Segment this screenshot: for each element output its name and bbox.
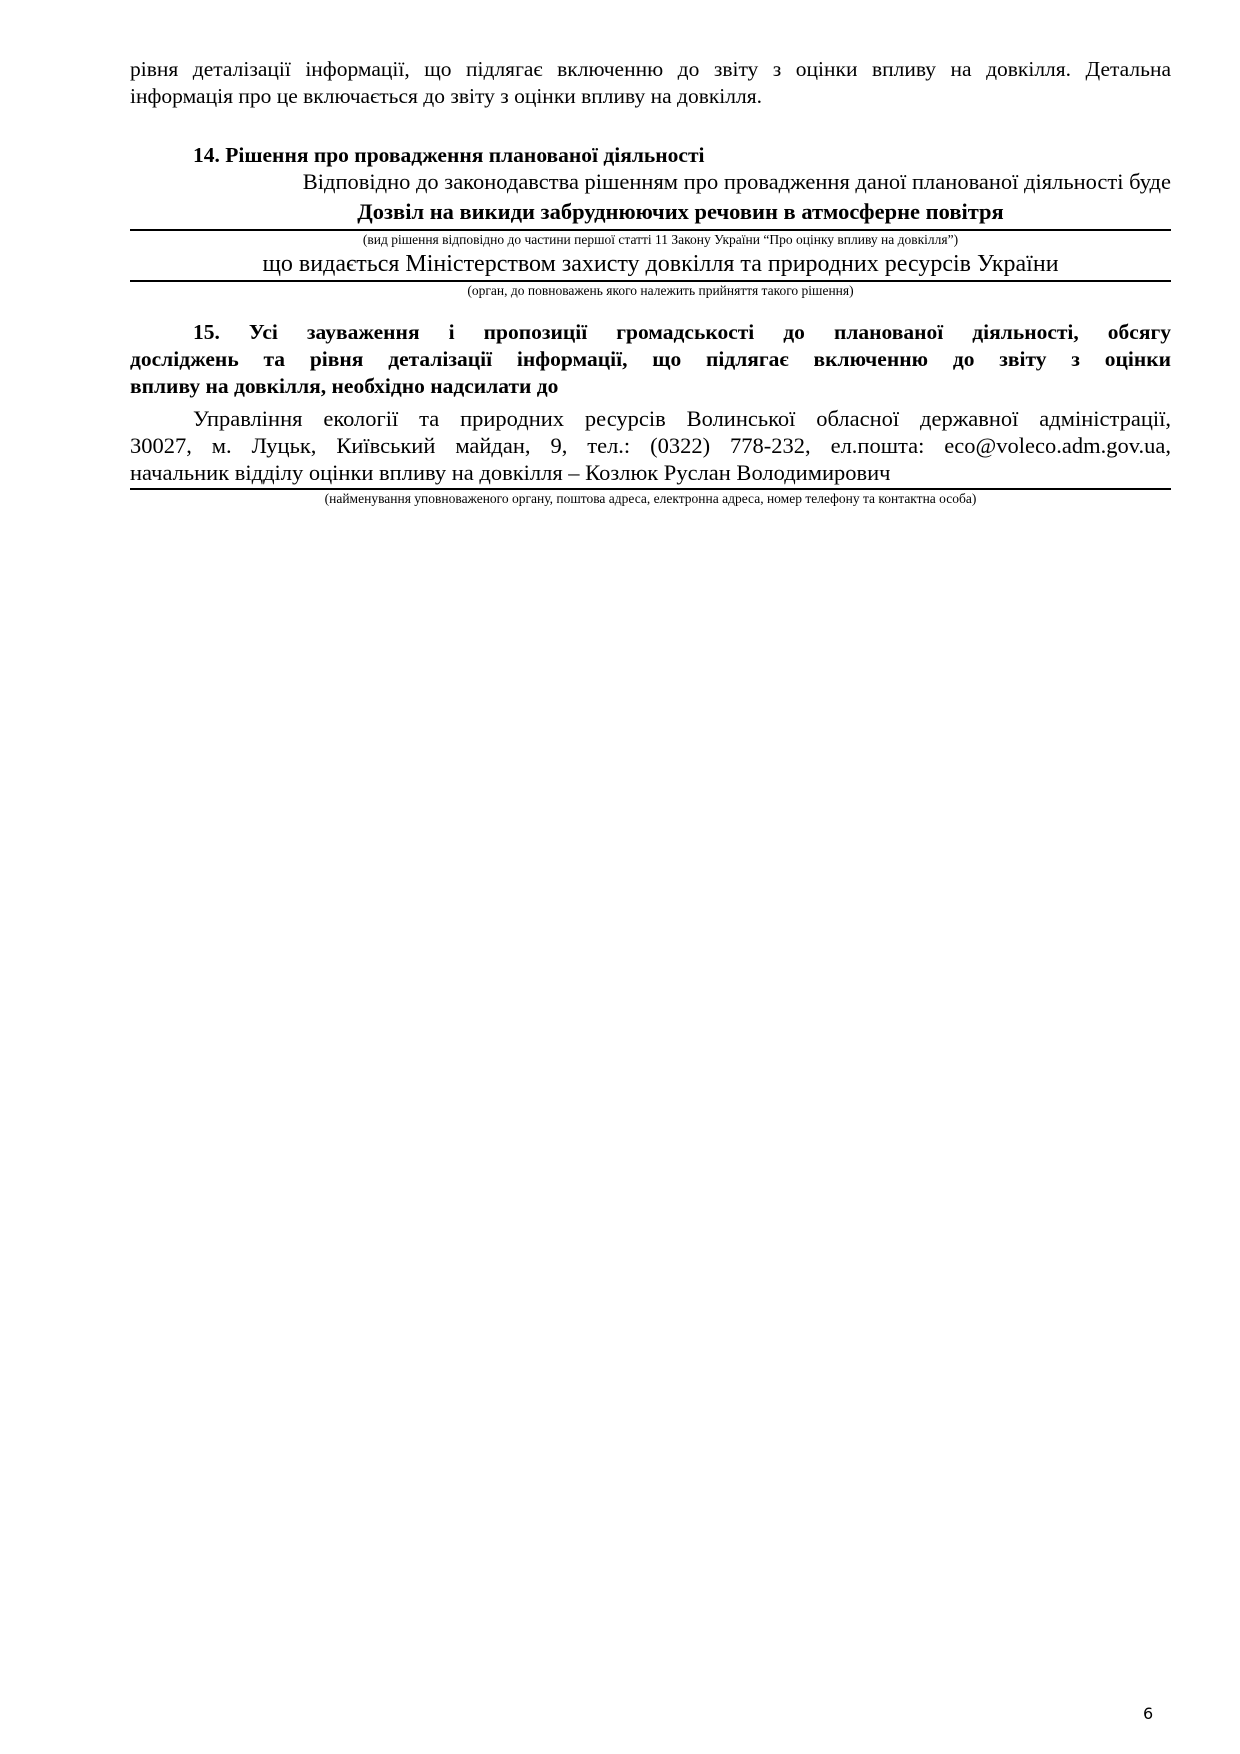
contact-person: начальник відділу оцінки впливу на довкі… — [130, 459, 1171, 486]
authority-underline — [130, 280, 1171, 282]
page-number: 6 — [1143, 1704, 1153, 1723]
contact-caption: (найменування уповноваженого органу, пош… — [130, 491, 1171, 507]
section-14-heading: 14. Рішення про провадження планованої д… — [130, 142, 1171, 169]
authority-caption: (орган, до повноважень якого належить пр… — [130, 283, 1171, 299]
contact-underline — [130, 488, 1171, 490]
intro-paragraph-line-2: інформація про це включається до звіту з… — [130, 83, 1171, 110]
decision-underline — [130, 229, 1171, 231]
decision-caption: (вид рішення відповідно до частини першо… — [130, 232, 1171, 248]
section-14-intro: Відповідно до законодавства рішенням про… — [130, 168, 1171, 195]
section-15-heading-line-3: впливу на довкілля, необхідно надсилати … — [130, 373, 1171, 400]
section-15-heading-line-1: 15. Усі зауваження і пропозиції громадсь… — [130, 319, 1171, 346]
document-page: рівня деталізації інформації, що підляга… — [0, 0, 1240, 1754]
contact-line-2: 30027, м. Луцьк, Київський майдан, 9, те… — [130, 432, 1171, 459]
contact-line-1: Управління екології та природних ресурсі… — [130, 405, 1171, 432]
section-15-heading-line-2: досліджень та рівня деталізації інформац… — [130, 346, 1171, 373]
intro-paragraph-line-1: рівня деталізації інформації, що підляга… — [130, 56, 1171, 83]
decision-type: Дозвіл на викиди забруднюючих речовин в … — [130, 198, 1171, 225]
decision-authority: що видається Міністерством захисту довкі… — [130, 250, 1171, 278]
